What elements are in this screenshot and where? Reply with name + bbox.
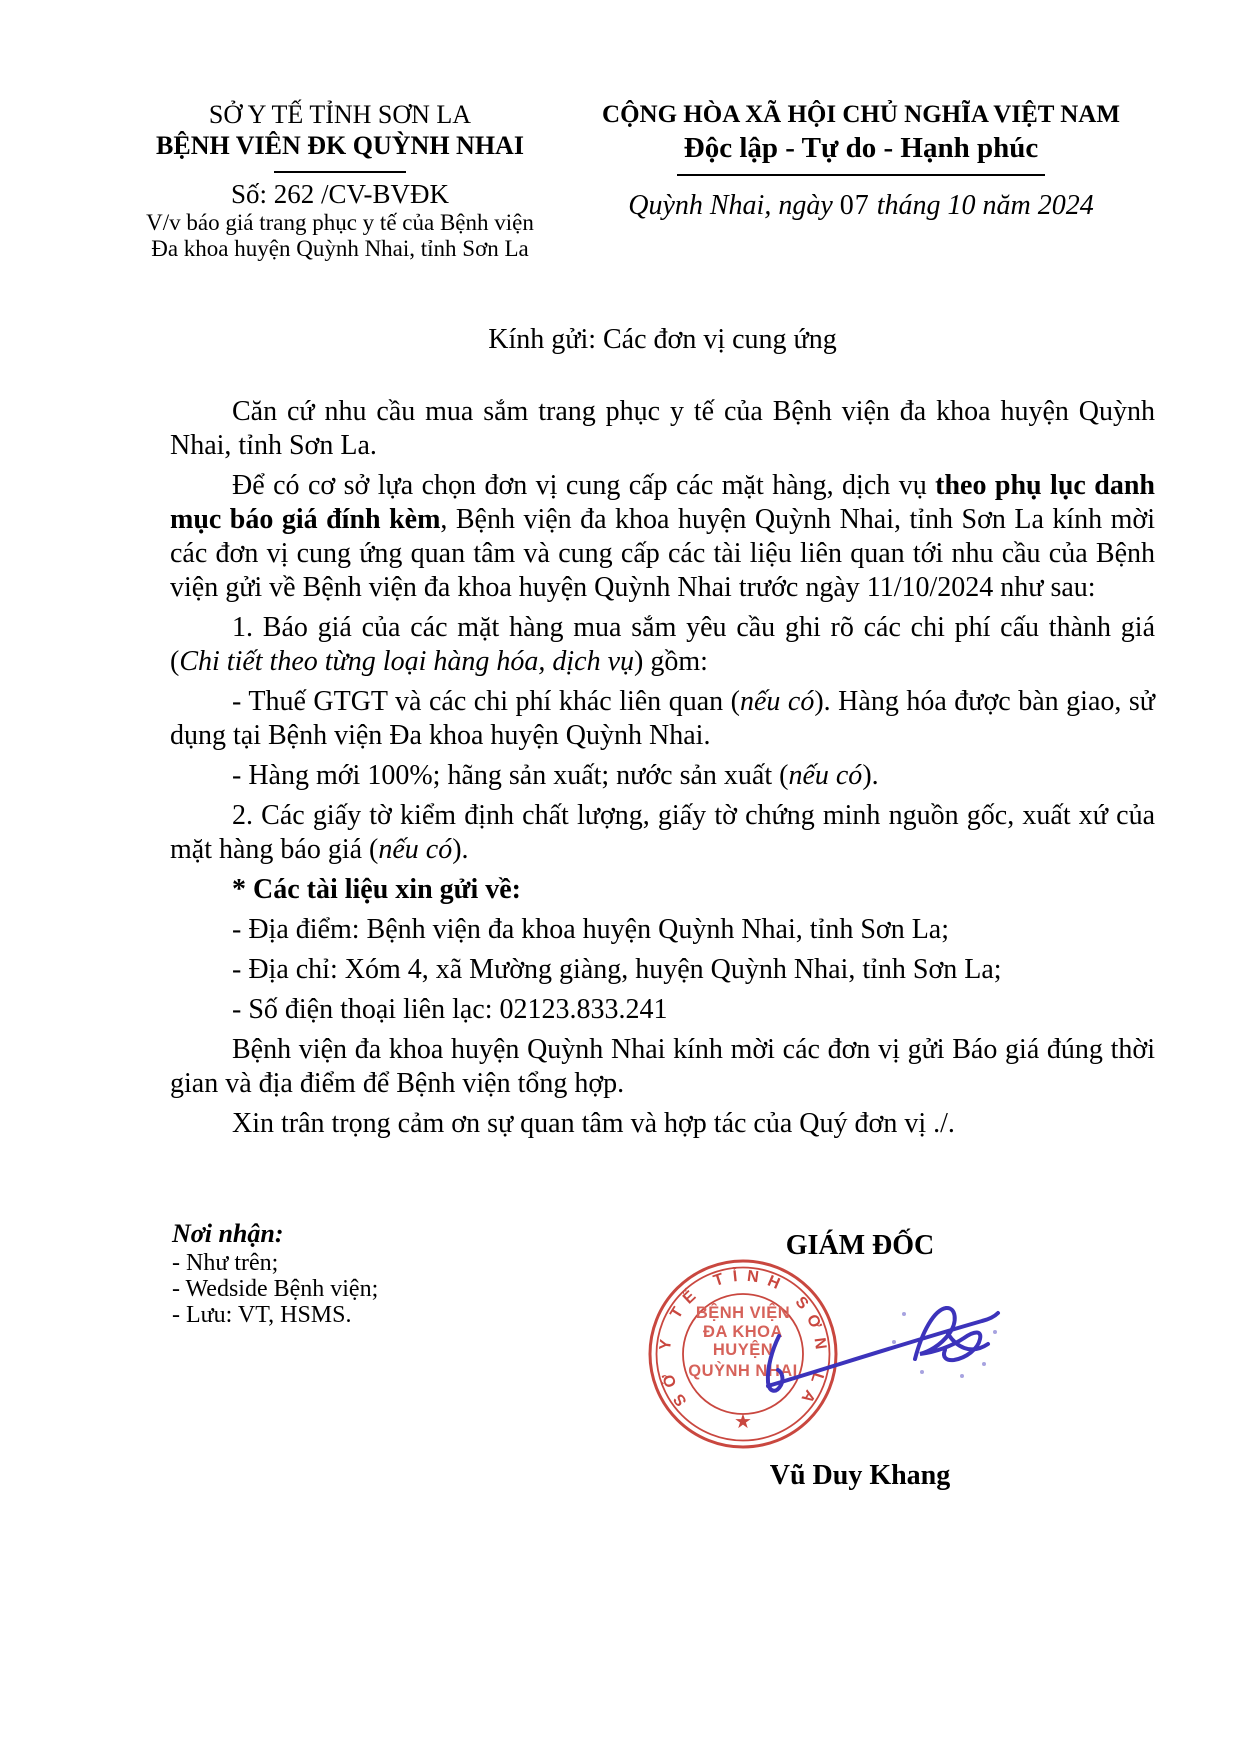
body-paragraph: 2. Các giấy tờ kiểm định chất lượng, giấ… [170,799,1155,867]
header-divider-left [274,171,406,173]
recipients-label: Nơi nhận: [172,1218,552,1250]
letter-body: Căn cứ nhu cầu mua sắm trang phục y tế c… [170,395,1155,1147]
subject-line-2: Đa khoa huyện Quỳnh Nhai, tỉnh Sơn La [130,236,550,262]
place-date-prefix: Quỳnh Nhai, ngày [628,190,833,221]
body-paragraph: - Số điện thoại liên lạc: 02123.833.241 [170,993,1155,1027]
national-motto: Độc lập - Tự do - Hạnh phúc [600,130,1122,166]
seal-star-icon: ★ [734,1411,752,1433]
recipient-item: - Wedside Bệnh viện; [172,1276,552,1302]
document-number-line: Số: 262 /CV-BVĐK [130,178,550,210]
agency-parent-name: SỞ Y TẾ TỈNH SƠN LA [130,100,550,130]
body-paragraph: Xin trân trọng cảm ơn sự quan tâm và hợp… [170,1107,1155,1141]
body-paragraph: Để có cơ sở lựa chọn đơn vị cung cấp các… [170,469,1155,605]
salutation-line: Kính gửi: Các đơn vị cung ứng [170,322,1155,358]
place-date-line: Quỳnh Nhai, ngày 07 tháng 10 năm 2024 [600,190,1122,222]
signature-ink [752,1302,1002,1402]
recipient-item: - Như trên; [172,1250,552,1276]
signer-name: Vũ Duy Khang [570,1460,1150,1492]
body-paragraph: 1. Báo giá của các mặt hàng mua sắm yêu … [170,611,1155,679]
recipient-item: - Lưu: VT, HSMS. [172,1302,552,1328]
header-divider-right [677,174,1045,176]
national-header-block: CỘNG HÒA XÃ HỘI CHỦ NGHĨA VIỆT NAM Độc l… [600,100,1122,222]
signature-block: GIÁM ĐỐC SỞ Y TẾ TỈNH SƠN LA ★ BỆNH VIỆN… [570,1230,1150,1560]
issuing-agency-block: SỞ Y TẾ TỈNH SƠN LA BỆNH VIÊN ĐK QUỲNH N… [130,100,550,262]
national-title: CỘNG HÒA XÃ HỘI CHỦ NGHĨA VIỆT NAM [600,100,1122,130]
body-paragraph: Bệnh viện đa khoa huyện Quỳnh Nhai kính … [170,1033,1155,1101]
body-paragraph: - Thuế GTGT và các chi phí khác liên qua… [170,685,1155,753]
doc-number-value: 262 [274,179,315,209]
doc-number-suffix: /CV-BVĐK [321,179,449,209]
body-paragraph: - Địa điểm: Bệnh viện đa khoa huyện Quỳn… [170,913,1155,947]
body-paragraph: - Địa chỉ: Xóm 4, xã Mường giàng, huyện … [170,953,1155,987]
subject-line-1: V/v báo giá trang phục y tế của Bệnh việ… [130,210,550,236]
date-suffix: tháng 10 năm 2024 [877,190,1094,221]
doc-number-label: Số: [231,179,267,209]
official-letter-page: SỞ Y TẾ TỈNH SƠN LA BỆNH VIÊN ĐK QUỲNH N… [0,0,1241,1755]
recipients-list: - Như trên;- Wedside Bệnh viện;- Lưu: VT… [172,1250,552,1328]
body-paragraph: Căn cứ nhu cầu mua sắm trang phục y tế c… [170,395,1155,463]
recipients-block: Nơi nhận: - Như trên;- Wedside Bệnh viện… [172,1218,552,1328]
agency-name: BỆNH VIÊN ĐK QUỲNH NHAI [130,130,550,162]
date-day: 07 [840,190,870,221]
body-paragraph: * Các tài liệu xin gửi về: [170,873,1155,907]
body-paragraph: - Hàng mới 100%; hãng sản xuất; nước sản… [170,759,1155,793]
